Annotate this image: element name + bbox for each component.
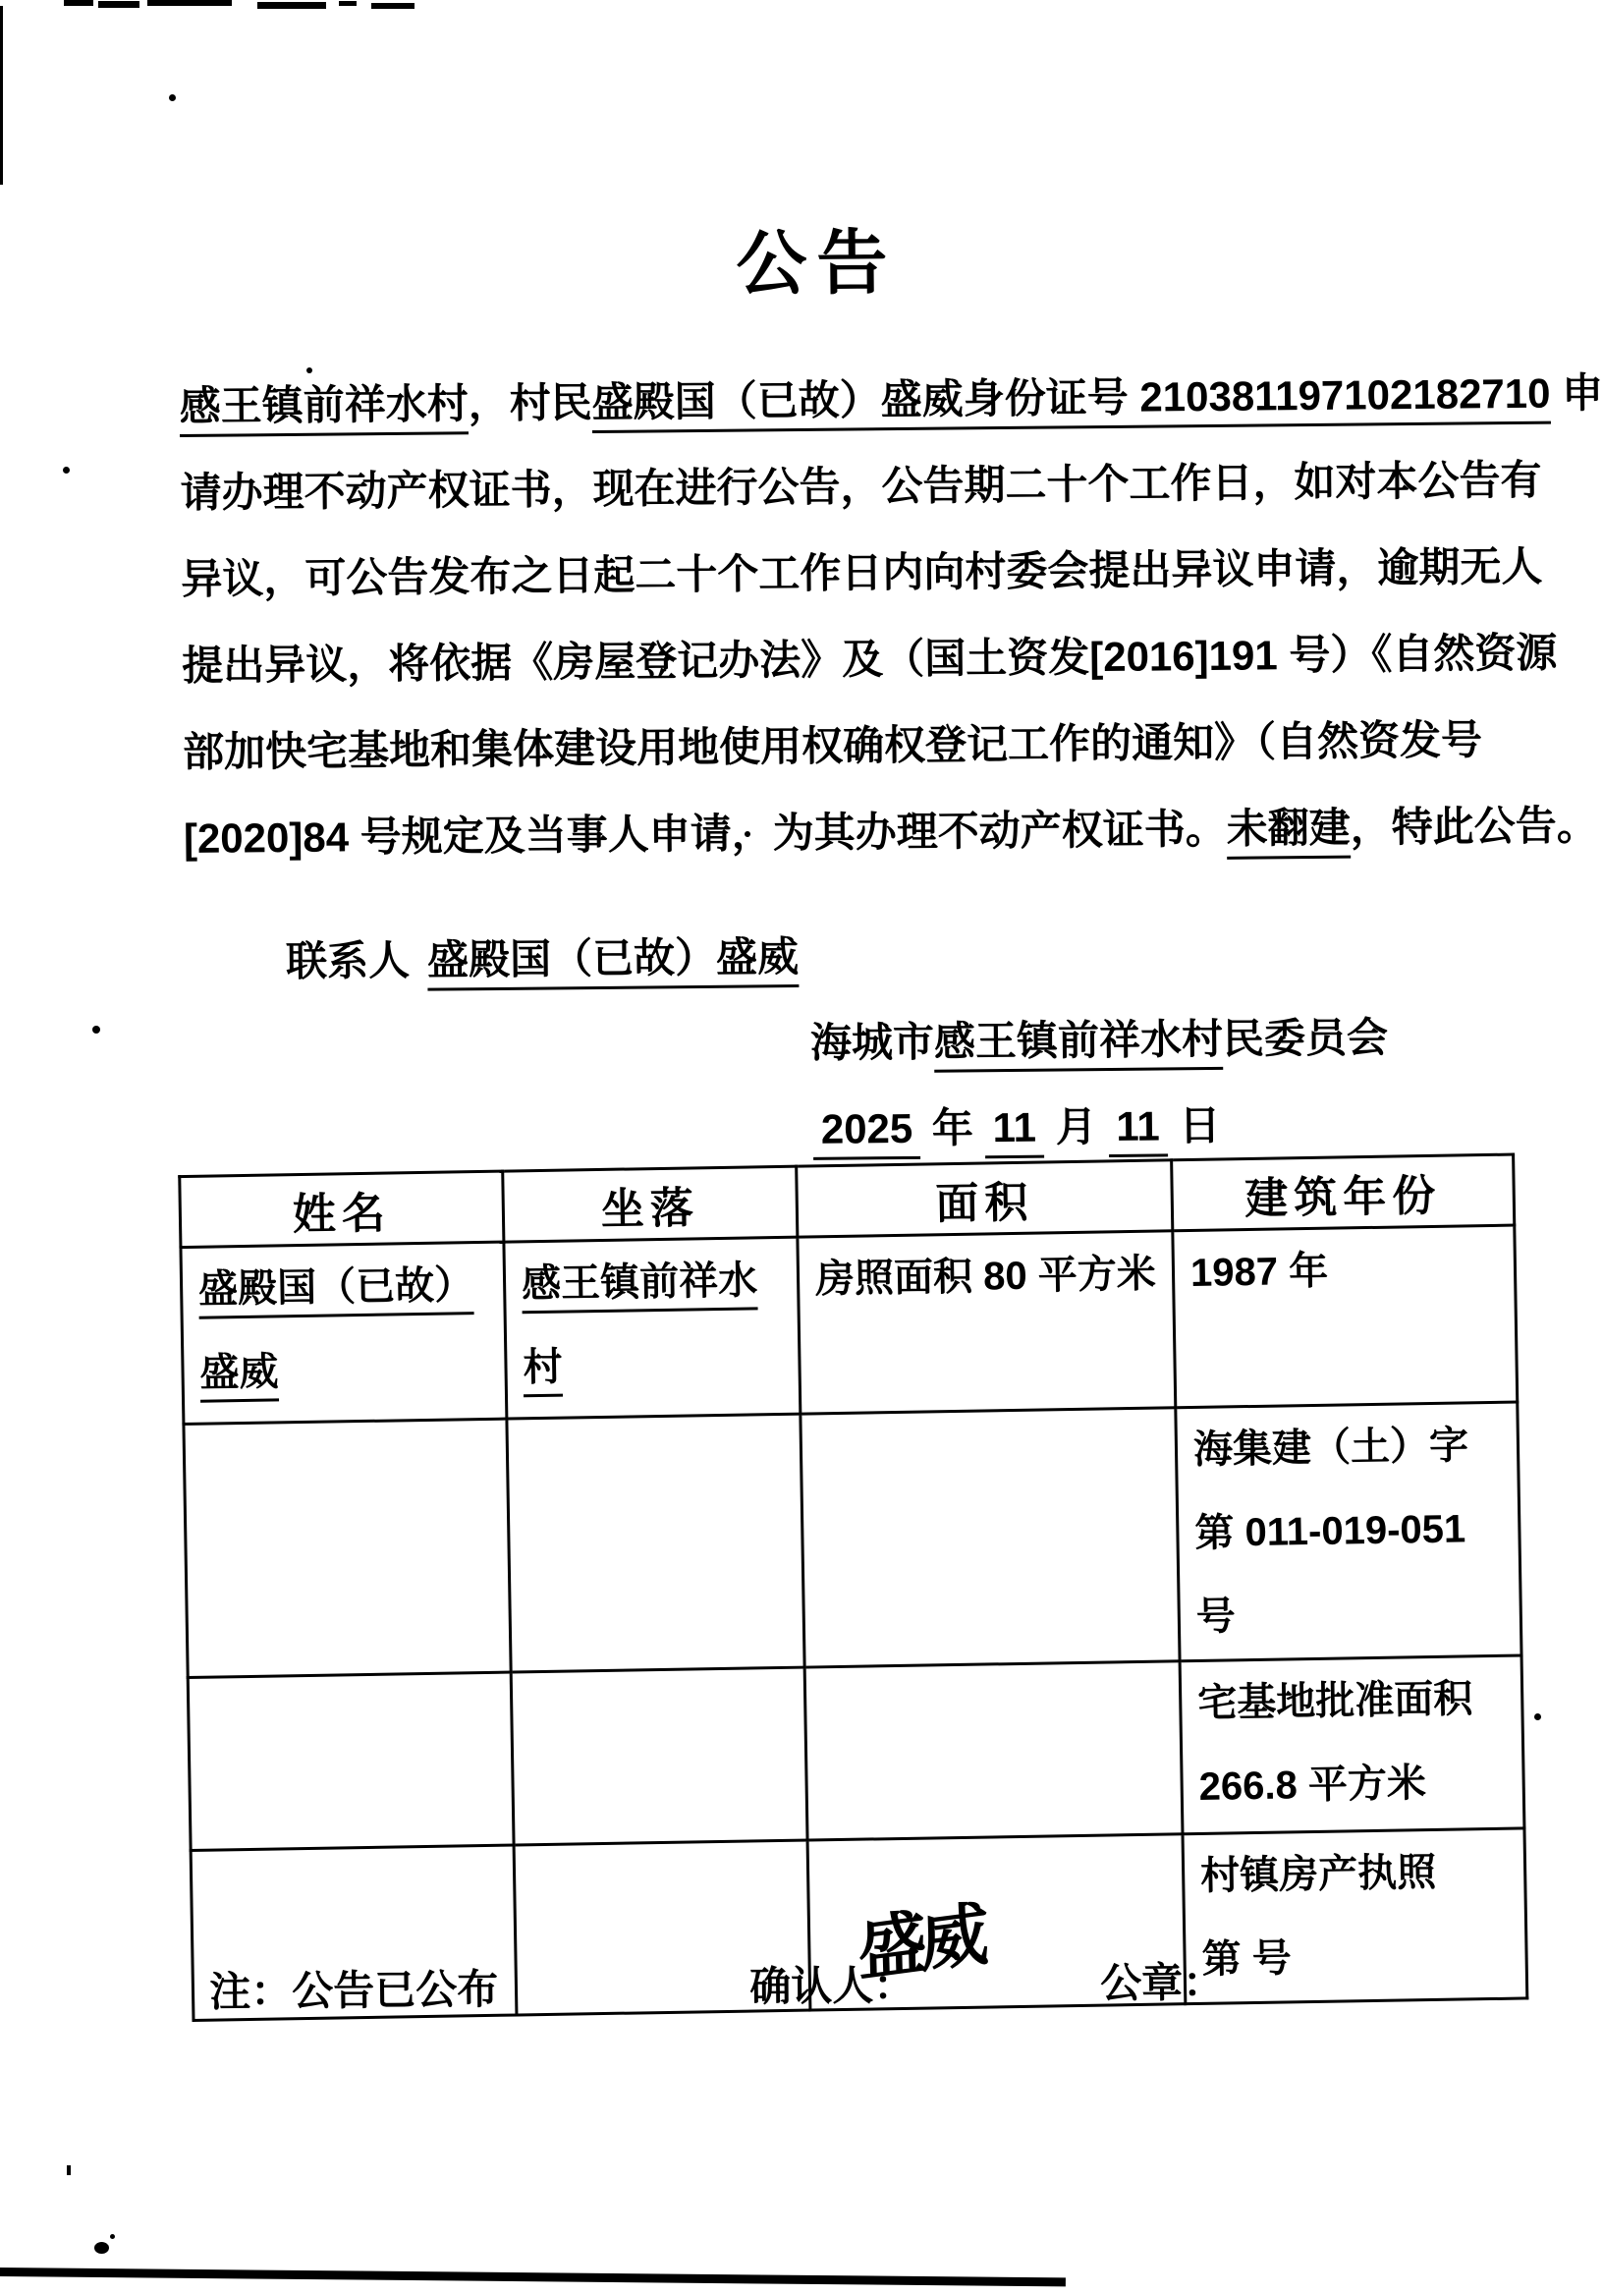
- body-line-4: 提出异议，将依据《房屋登记办法》及（国土资发[2016]191 号）《自然资源: [182, 610, 1558, 709]
- scan-speck: [1534, 1713, 1541, 1720]
- contact-line: 联系人盛殿国（已故）盛威: [286, 914, 800, 1005]
- table-row: 宅基地批准面积 266.8 平方米: [188, 1655, 1524, 1850]
- cell-area: [804, 1661, 1183, 1840]
- scan-artifact-top-edge: [257, 2, 326, 9]
- cell-license-number: 村镇房产执照 第 号: [1183, 1828, 1527, 2004]
- scan-speck: [94, 2242, 109, 2254]
- body-line-2: 请办理不动产权证书，现在进行公告，公告期二十个工作日，如对本公告有: [180, 437, 1556, 536]
- cell-location: 感王镇前祥水村: [504, 1237, 801, 1419]
- table-row: 海集建（土）字第 011-019-051 号: [184, 1402, 1521, 1677]
- header-build-year: 建筑年份: [1172, 1154, 1515, 1231]
- scan-speck: [306, 367, 312, 373]
- scan-artifact-top-edge: [371, 3, 415, 9]
- cell-name: 盛殿国（已故）盛威: [181, 1242, 507, 1424]
- scan-speck: [110, 2234, 115, 2239]
- issuer-suffix: 民委员会: [1223, 1014, 1388, 1062]
- scan-speck: [63, 467, 70, 474]
- issuer-village-underlined: 感王镇前祥水村: [934, 1016, 1224, 1073]
- announcement-body: 感王镇前祥水村，村民盛殿国（已故）盛威身份证号 2103811971021827…: [179, 351, 1559, 882]
- date-month: 11: [984, 1104, 1044, 1159]
- scan-artifact-top-edge: [339, 1, 357, 6]
- scan-speck: [745, 831, 750, 837]
- date-year: 2025: [813, 1105, 921, 1160]
- not-rebuilt-underlined: 未翻建: [1226, 805, 1351, 860]
- parcel-table: 姓名 坐落 面积 建筑年份 盛殿国（已故）盛威 感王镇前祥水村 房照面积 80 …: [178, 1153, 1528, 2022]
- scan-artifact-top-edge: [98, 1, 139, 8]
- body-text: ，村民: [469, 379, 592, 426]
- page-title: 公告: [15, 198, 1603, 316]
- header-location: 坐落: [503, 1166, 798, 1242]
- footer-note: 注：公告已公布: [209, 1960, 499, 2022]
- body-line-5: 部加快宅基地和集体建设用地使用权确权登记工作的通知》（自然资发号: [183, 697, 1559, 796]
- scan-artifact-top-edge: [147, 0, 232, 6]
- body-line-1: 感王镇前祥水村，村民盛殿国（已故）盛威身份证号 2103811971021827…: [179, 351, 1555, 450]
- contact-name-underlined: 盛殿国（已故）盛威: [427, 933, 800, 991]
- date-day: 11: [1108, 1102, 1168, 1157]
- body-text: 请办理不动产权证书，现在进行公告，公告期二十个工作日，如对本公告有: [180, 457, 1541, 516]
- body-text: 申: [1550, 369, 1603, 417]
- scanned-announcement-page: 公告 感王镇前祥水村，村民盛殿国（已故）盛威身份证号 2103811971021…: [0, 0, 1603, 2296]
- body-text: 提出异议，将依据《房屋登记办法》及（国土资发[2016]191 号）《自然资源: [182, 630, 1558, 689]
- document-content: 公告 感王镇前祥水村，村民盛殿国（已故）盛威身份证号 2103811971021…: [0, 0, 1603, 2296]
- date-day-label: 日: [1179, 1102, 1220, 1148]
- table-row: 盛殿国（已故）盛威 感王镇前祥水村 房照面积 80 平方米 1987 年: [181, 1225, 1518, 1424]
- cell-approved-area: 宅基地批准面积 266.8 平方米: [1180, 1655, 1524, 1834]
- scan-speck: [92, 1026, 100, 1034]
- location-underlined: 感王镇前祥水村: [522, 1259, 758, 1397]
- cell-name: [188, 1672, 514, 1850]
- applicant-id-underlined: 盛殿国（已故）盛威身份证号 210381197102182710: [592, 370, 1551, 433]
- cell-area: [801, 1408, 1180, 1667]
- body-line-3: 异议，可公告发布之日起二十个工作日内向村委会提出异议申请，逾期无人: [181, 524, 1557, 623]
- signature-handwritten: 盛威: [857, 1878, 984, 1994]
- scan-speck: [67, 2165, 71, 2175]
- issuer-committee-line: 海城市感王镇前祥水村民委员会: [810, 994, 1389, 1087]
- issuer-city: 海城市: [810, 1019, 934, 1066]
- cell-build-year: 1987 年: [1173, 1225, 1518, 1408]
- body-text: [2020]84 号规定及当事人申请，为其办理不动产权证书。: [184, 806, 1227, 862]
- cell-area: 房照面积 80 平方米: [798, 1231, 1176, 1414]
- seal-label: 公章：: [1100, 1953, 1225, 2013]
- contact-label: 联系人: [286, 937, 410, 984]
- scan-artifact-top-edge: [64, 0, 93, 6]
- body-text: 部加快宅基地和集体建设用地使用权确权登记工作的通知》（自然资发号: [183, 716, 1482, 775]
- cell-permit-number: 海集建（土）字第 011-019-051 号: [1176, 1402, 1521, 1661]
- cell-location: [507, 1414, 804, 1672]
- date-month-label: 月: [1055, 1103, 1096, 1149]
- header-name: 姓名: [180, 1171, 504, 1247]
- village-name-underlined: 感王镇前祥水村: [179, 380, 469, 437]
- scan-artifact-left-edge: [0, 6, 3, 185]
- scan-speck: [169, 94, 176, 101]
- body-line-6: [2020]84 号规定及当事人申请，为其办理不动产权证书。未翻建，特此公告。: [184, 783, 1560, 882]
- date-year-label: 年: [932, 1104, 973, 1150]
- cell-location: [511, 1667, 807, 1845]
- owner-name-underlined: 盛殿国（已故）盛威: [198, 1263, 474, 1403]
- body-text: ，特此公告。: [1350, 802, 1597, 850]
- header-area: 面积: [797, 1160, 1173, 1237]
- body-text: 异议，可公告发布之日起二十个工作日内向村委会提出异议申请，逾期无人: [181, 543, 1542, 602]
- cell-name: [184, 1419, 511, 1677]
